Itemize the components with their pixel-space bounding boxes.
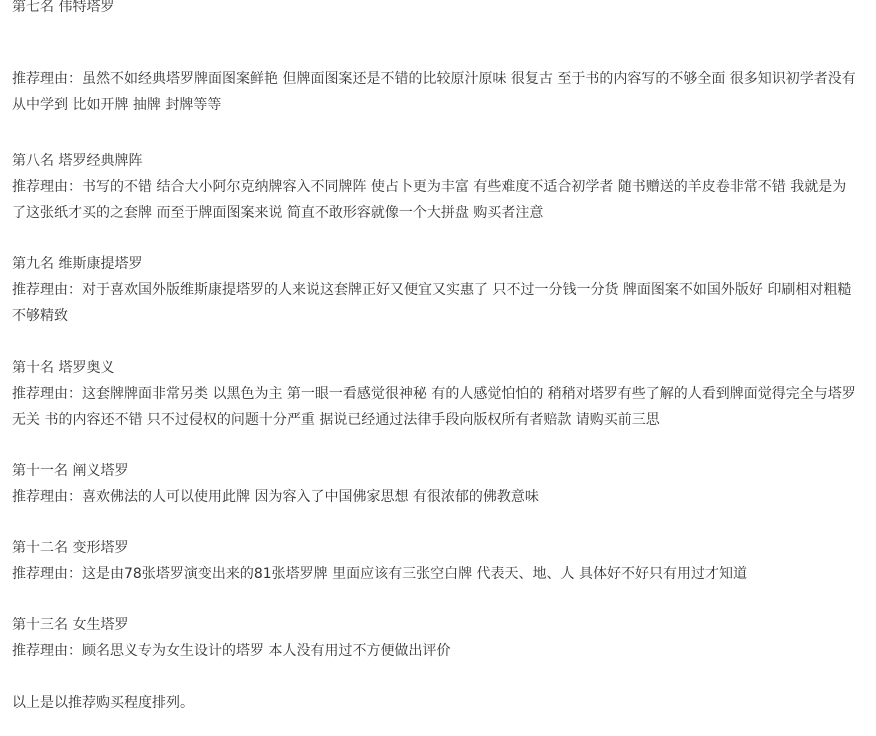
ranking-entry-11: 第十一名 阐义塔罗 推荐理由：喜欢佛法的人可以使用此牌 因为容入了中国佛家思想 … (12, 458, 858, 510)
ranking-entry-8: 第八名 塔罗经典牌阵 推荐理由：书写的不错 结合大小阿尔克纳牌容入不同牌阵 使占… (12, 148, 858, 226)
entry-reason: 推荐理由：书写的不错 结合大小阿尔克纳牌容入不同牌阵 使占卜更为丰富 有些难度不… (12, 174, 858, 226)
entry-reason: 推荐理由：喜欢佛法的人可以使用此牌 因为容入了中国佛家思想 有很浓郁的佛教意味 (12, 484, 858, 510)
entry-title: 第九名 维斯康提塔罗 (12, 251, 858, 277)
entry-reason: 推荐理由：这是由78张塔罗演变出来的81张塔罗牌 里面应该有三张空白牌 代表天、… (12, 561, 858, 587)
ranking-entry-13: 第十三名 女生塔罗 推荐理由：顾名思义专为女生设计的塔罗 本人没有用过不方便做出… (12, 612, 858, 664)
entry-title: 第十二名 变形塔罗 (12, 535, 858, 561)
spacer (12, 20, 858, 66)
entry-reason: 推荐理由：顾名思义专为女生设计的塔罗 本人没有用过不方便做出评价 (12, 638, 858, 664)
ranking-entry-9: 第九名 维斯康提塔罗 推荐理由：对于喜欢国外版维斯康提塔罗的人来说这套牌正好又便… (12, 251, 858, 329)
entry-title: 第十一名 阐义塔罗 (12, 458, 858, 484)
ranking-entry-12: 第十二名 变形塔罗 推荐理由：这是由78张塔罗演变出来的81张塔罗牌 里面应该有… (12, 535, 858, 587)
entry-title: 第七名 伟特塔罗 (12, 0, 858, 20)
entry-reason: 推荐理由：这套牌牌面非常另类 以黑色为主 第一眼一看感觉很神秘 有的人感觉怕怕的… (12, 381, 858, 433)
ranking-entry-10: 第十名 塔罗奥义 推荐理由：这套牌牌面非常另类 以黑色为主 第一眼一看感觉很神秘… (12, 355, 858, 433)
entry-reason: 推荐理由：虽然不如经典塔罗牌面图案鲜艳 但牌面图案还是不错的比较原汁原味 很复古… (12, 66, 858, 118)
entry-title: 第十名 塔罗奥义 (12, 355, 858, 381)
closing-note: 以上是以推荐购买程度排列。 (12, 690, 194, 716)
entry-reason: 推荐理由：对于喜欢国外版维斯康提塔罗的人来说这套牌正好又便宜又实惠了 只不过一分… (12, 277, 858, 329)
entry-title: 第八名 塔罗经典牌阵 (12, 148, 858, 174)
ranking-entry-7: 第七名 伟特塔罗 推荐理由：虽然不如经典塔罗牌面图案鲜艳 但牌面图案还是不错的比… (12, 0, 858, 118)
entry-title: 第十三名 女生塔罗 (12, 612, 858, 638)
